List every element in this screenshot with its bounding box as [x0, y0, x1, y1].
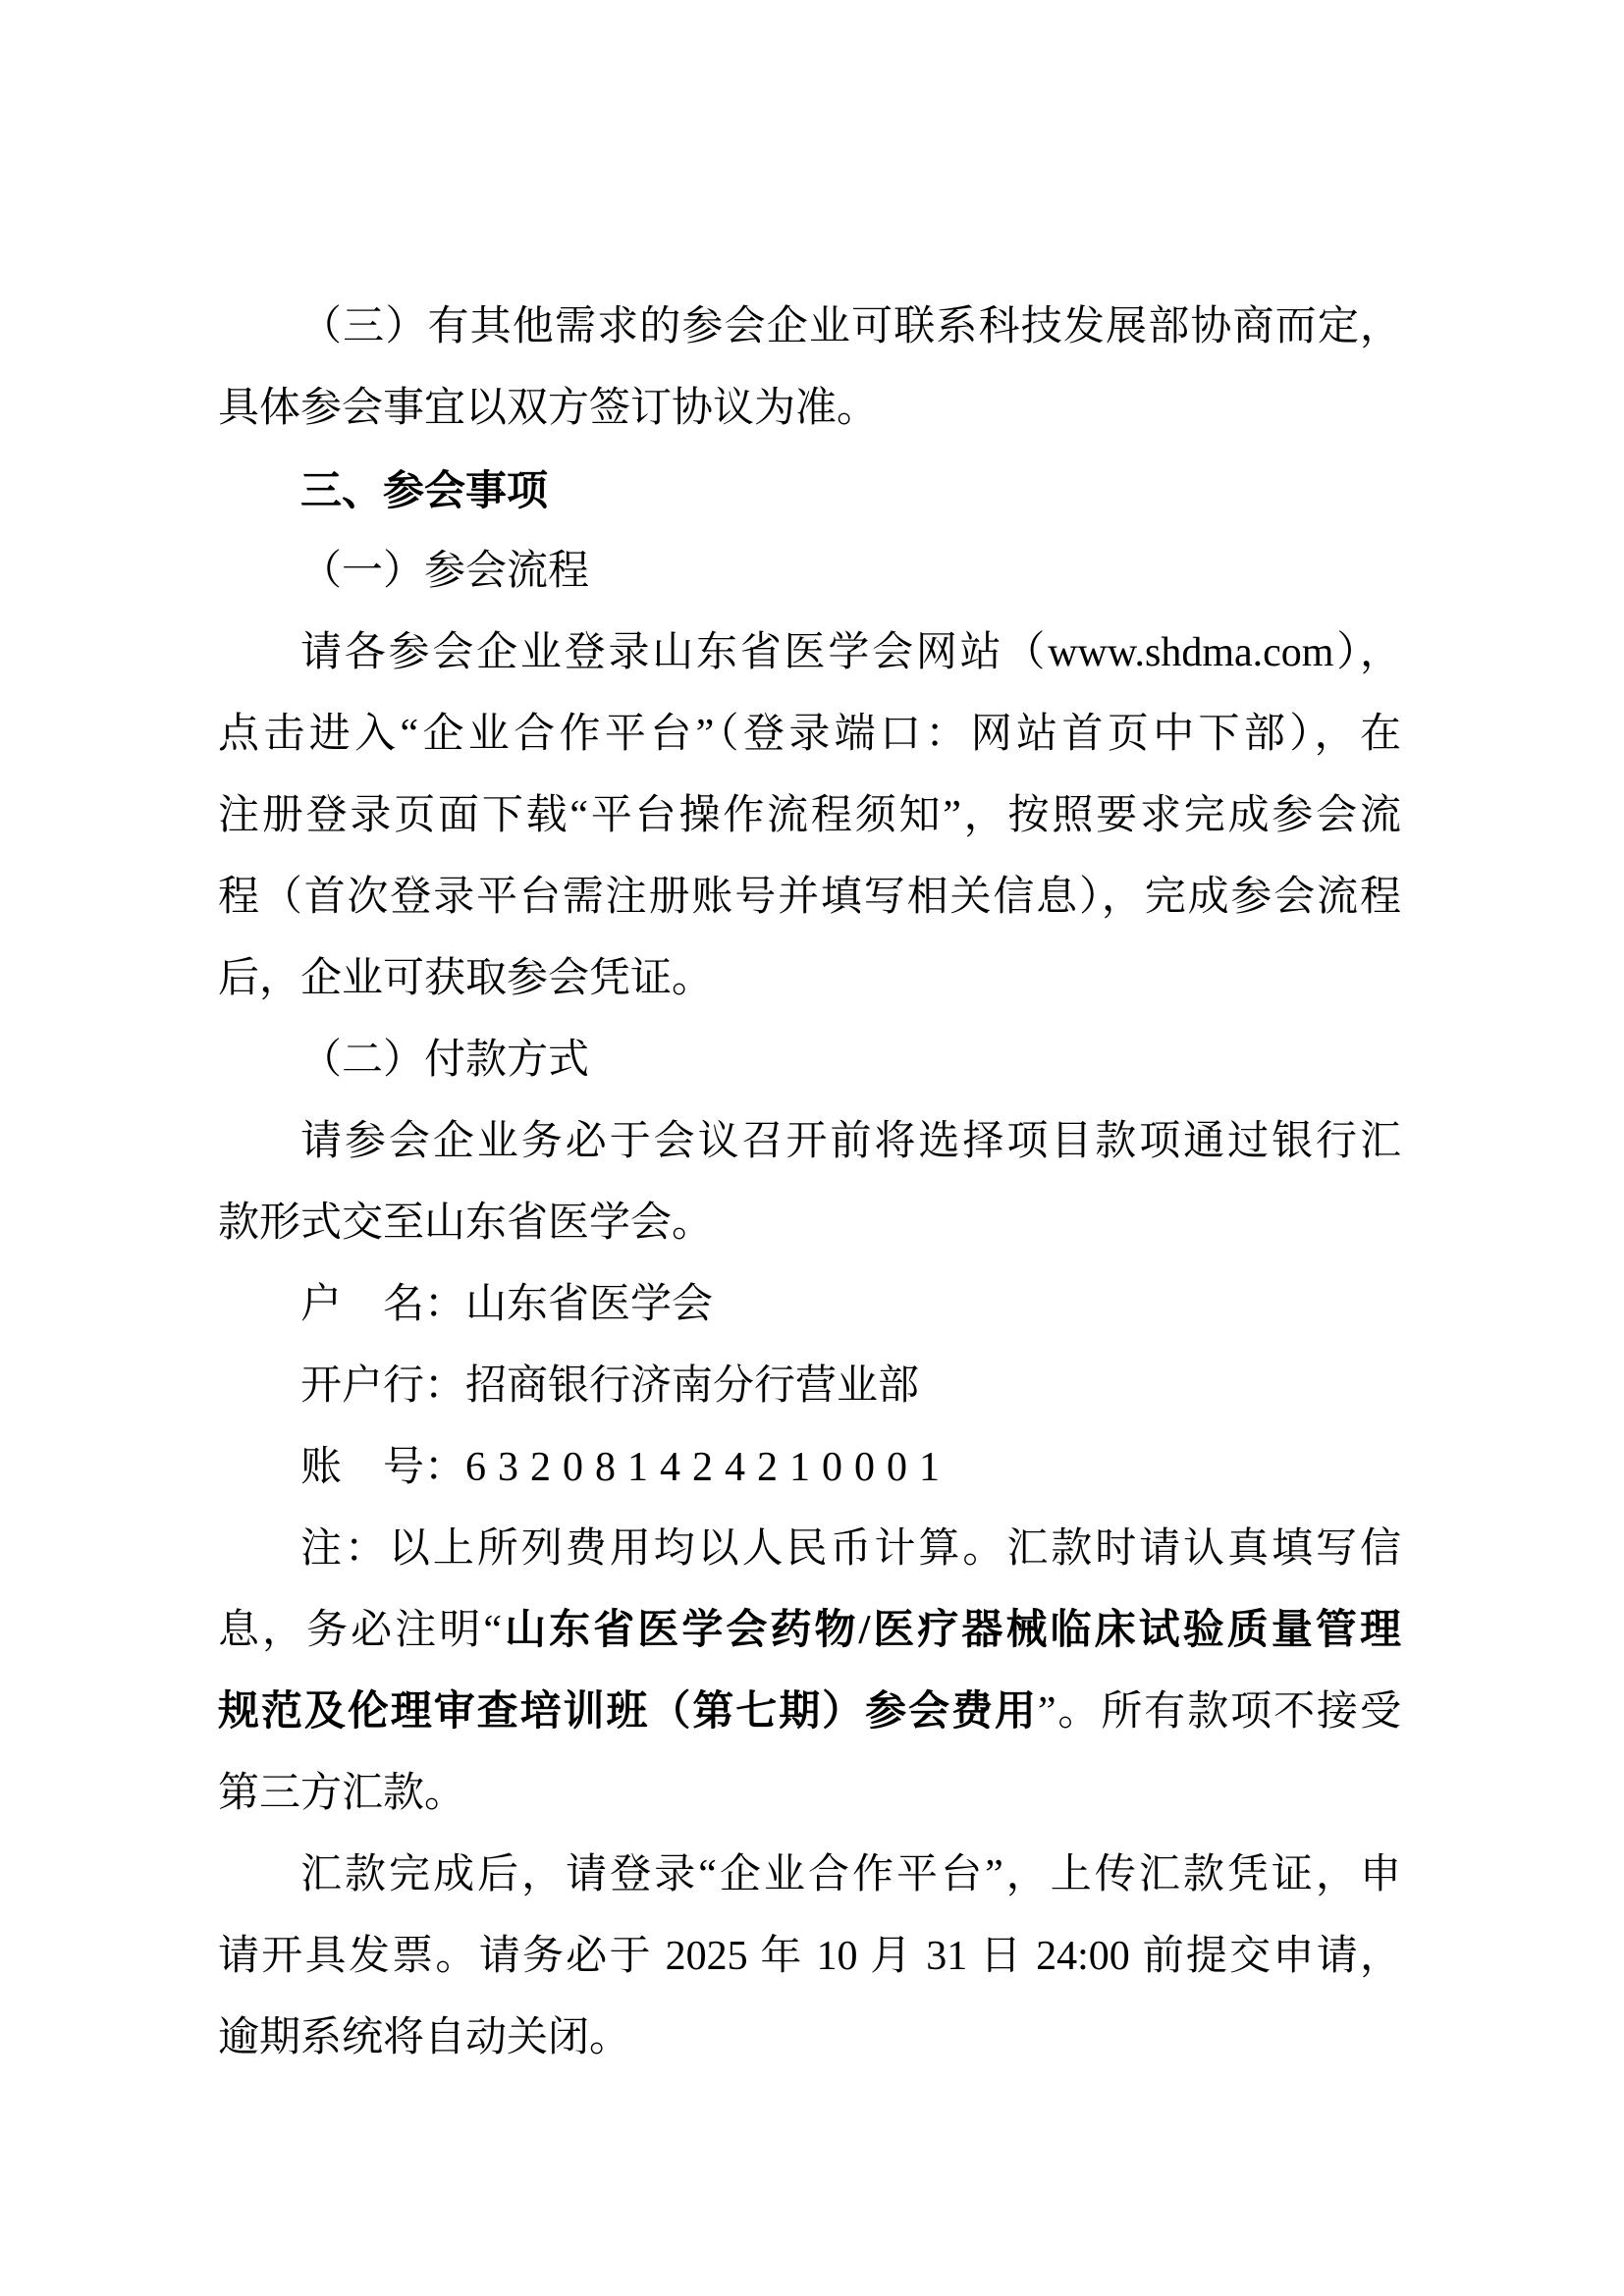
text-run: 息，务必注明“ [218, 1608, 502, 1653]
heading-text: 三、参会事项 [300, 467, 548, 513]
text-run: 后，企业可获取参会凭证。 [218, 956, 713, 1001]
emphasized-course-name: 规范及伦理审查培训班（第七期）参会费用 [218, 1689, 1038, 1735]
document-body: （三）有其他需求的参会企业可联系科技发展部协商而定， 具体参会事宜以双方签订协议… [218, 287, 1401, 2079]
text-run: 户 名：山东省医学会 [300, 1282, 713, 1327]
account-name-line: 户 名：山东省医学会 [218, 1264, 1401, 1346]
text-run: 第三方汇款。 [218, 1771, 465, 1816]
payment-paragraph-line-2: 款形式交至山东省医学会。 [218, 1183, 1401, 1264]
process-paragraph-line-5: 后，企业可获取参会凭证。 [218, 938, 1401, 1020]
document-page: （三）有其他需求的参会企业可联系科技发展部协商而定， 具体参会事宜以双方签订协议… [0, 0, 1624, 2296]
text-run: 逾期系统将自动关闭。 [218, 2015, 630, 2060]
clause-three-line-1: （三）有其他需求的参会企业可联系科技发展部协商而定， [218, 287, 1401, 368]
process-paragraph-line-1: 请各参会企业登录山东省医学会网站（www.shdma.com）， [218, 613, 1401, 694]
account-number-line: 账 号：632081424210001 [218, 1427, 1401, 1509]
text-run: 具体参会事宜以双方签订协议为准。 [218, 386, 878, 431]
process-paragraph-line-4: 程（首次登录平台需注册账号并填写相关信息），完成参会流程 [218, 857, 1401, 938]
invoice-paragraph-line-3: 逾期系统将自动关闭。 [218, 1998, 1401, 2079]
subsection-heading-two: （二）付款方式 [218, 1020, 1401, 1101]
text-run: 程（首次登录平台需注册账号并填写相关信息），完成参会流程 [218, 875, 1401, 920]
text-run: 请开具发票。请务必于 2025 年 10 月 31 日 24:00 前提交申请， [218, 1934, 1401, 1979]
text-run: 请各参会企业登录山东省医学会网站（www.shdma.com）， [300, 630, 1401, 675]
text-run: 开户行：招商银行济南分行营业部 [300, 1363, 919, 1409]
note-paragraph-line-4: 第三方汇款。 [218, 1753, 1401, 1835]
text-run: 账 号： [300, 1445, 465, 1490]
note-paragraph-line-2: 息，务必注明“山东省医学会药物/医疗器械临床试验质量管理 [218, 1590, 1401, 1672]
text-run: 款形式交至山东省医学会。 [218, 1201, 713, 1246]
text-run: 汇款完成后，请登录“企业合作平台”，上传汇款凭证，申 [300, 1852, 1401, 1897]
text-run: 注册登录页面下载“平台操作流程须知”，按照要求完成参会流 [218, 793, 1401, 838]
text-run: 请参会企业务必于会议召开前将选择项目款项通过银行汇 [300, 1119, 1401, 1164]
process-paragraph-line-3: 注册登录页面下载“平台操作流程须知”，按照要求完成参会流 [218, 775, 1401, 857]
subsection-heading-one: （一）参会流程 [218, 531, 1401, 613]
process-paragraph-line-2: 点击进入“企业合作平台”（登录端口：网站首页中下部），在 [218, 694, 1401, 775]
invoice-paragraph-line-1: 汇款完成后，请登录“企业合作平台”，上传汇款凭证，申 [218, 1835, 1401, 1916]
account-number: 632081424210001 [465, 1445, 951, 1490]
text-run: ”。所有款项不接受 [1038, 1689, 1401, 1735]
note-paragraph-line-3: 规范及伦理审查培训班（第七期）参会费用”。所有款项不接受 [218, 1672, 1401, 1753]
emphasized-course-name: 山东省医学会药物/医疗器械临床试验质量管理 [502, 1608, 1401, 1653]
text-run: （一）参会流程 [300, 549, 589, 594]
text-run: 注：以上所列费用均以人民币计算。汇款时请认真填写信 [300, 1526, 1401, 1572]
note-paragraph-line-1: 注：以上所列费用均以人民币计算。汇款时请认真填写信 [218, 1509, 1401, 1590]
section-heading-three: 三、参会事项 [218, 450, 1401, 531]
text-run: 点击进入“企业合作平台”（登录端口：网站首页中下部），在 [218, 712, 1401, 757]
text-run: （三）有其他需求的参会企业可联系科技发展部协商而定， [300, 304, 1401, 349]
invoice-paragraph-line-2: 请开具发票。请务必于 2025 年 10 月 31 日 24:00 前提交申请， [218, 1916, 1401, 1998]
payment-paragraph-line-1: 请参会企业务必于会议召开前将选择项目款项通过银行汇 [218, 1101, 1401, 1183]
text-run: （二）付款方式 [300, 1038, 589, 1083]
bank-branch-line: 开户行：招商银行济南分行营业部 [218, 1346, 1401, 1427]
clause-three-line-2: 具体参会事宜以双方签订协议为准。 [218, 368, 1401, 450]
